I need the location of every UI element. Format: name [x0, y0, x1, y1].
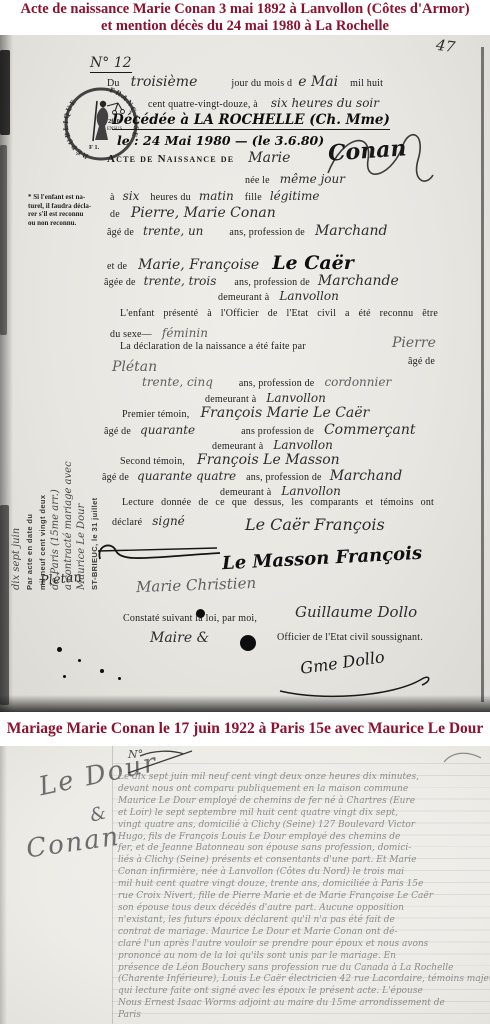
mention-line: Par acte en date du [23, 300, 36, 590]
margin-note-line: rer s'il est reconnu [28, 210, 91, 219]
screenshot-page: Acte de naissance Marie Conan 3 mai 1892… [0, 0, 490, 1024]
signature-le-caer: Le Caër François [245, 515, 385, 534]
act-row-year-hour: cent quatre-vingt-douze, à six heures du… [148, 94, 379, 112]
row-witness1: Premier témoin, François Marie Le Caër [122, 404, 369, 422]
handwritten-line: son épouse tous deux décédés d'autre par… [118, 903, 490, 915]
page-number: 47 [435, 36, 456, 56]
ink-blot [57, 647, 62, 652]
printed-text: âgé de [104, 426, 131, 437]
act-title-label: Acte de Naissance de [107, 153, 234, 165]
handwritten-line: mil huit cent quatre vingt douze, trente… [118, 879, 490, 891]
handwritten-line: claré l'un après l'autre vouloir se pren… [118, 939, 490, 951]
row-declaration: La déclaration de la naissance a été fai… [120, 341, 306, 352]
row-father: de Pierre, Marie Conan [110, 204, 276, 222]
row-officier: Officier de l'Etat civil soussignant. [277, 632, 423, 643]
row-sex: du sexe— féminin [110, 324, 208, 342]
ink-blot [118, 677, 121, 680]
handwritten-line: liés à Clichy (Seine) présents et consen… [118, 855, 490, 867]
stamp-arc-left: RÉPUBLIQUE [63, 97, 90, 161]
printed-margin-note: * Si l'enfant est na- turel, il faudra d… [28, 193, 91, 227]
mother-first-names: Marie, Françoise [138, 257, 259, 273]
printed-text: Premier témoin, [122, 409, 189, 420]
witness1-profession: Commerçant [324, 422, 416, 438]
handwritten-text: matin [199, 189, 234, 203]
scan-edge-left [0, 746, 7, 1024]
child-first-name: Marie [248, 150, 290, 166]
paraph-flourish-icon [440, 748, 485, 768]
handwritten-text: signé [152, 514, 185, 528]
handwritten-text: trente, cinq [142, 375, 213, 389]
residence-place: Lanvollon [281, 484, 340, 498]
svg-text:RÉPUBLIQUE: RÉPUBLIQUE [63, 97, 90, 161]
handwritten-line: prononcé au nom de la loi qu'ils sont un… [118, 951, 490, 963]
father-profession: Marchand [315, 223, 388, 239]
margin-rule [112, 746, 113, 1024]
margin-note-line: turel, il faudra décla- [28, 202, 91, 211]
handwritten-text: quarante [140, 423, 195, 437]
handwritten-line: Conan infirmière, née à Lanvollon (Côtes… [118, 867, 490, 879]
ink-blot [63, 675, 66, 678]
row-lecture: Lecture donnée de ce que dessus, les com… [122, 497, 434, 508]
mention-line: mil neuf cent vingt deux [36, 300, 49, 590]
officer-name: Guillaume Dollo [295, 603, 417, 621]
printed-text: ans, profession de [239, 378, 315, 389]
crossed-signature-flourish-icon [92, 535, 227, 567]
handwritten-text: quarante quatre [137, 469, 236, 483]
handwritten-text: même jour [280, 172, 345, 186]
signature-marie-christien: Marie Christien [136, 574, 257, 596]
margin-marriage-mention: dix sept juin Par acte en date du mil ne… [10, 300, 106, 590]
act-row-day: Du troisième jour du mois d e Mai mil hu… [107, 73, 383, 91]
handwritten-text: trente, trois [144, 274, 217, 288]
printed-text: née le [245, 175, 270, 186]
printed-text: Du [107, 78, 120, 89]
printed-text: ans, profession de [229, 227, 305, 238]
caption-marriage-title: Mariage Marie Conan le 17 juin 1922 à Pa… [7, 720, 484, 737]
maire-handwritten: Maire & [150, 630, 209, 646]
handwritten-line: qui lecture faite ont signé avec les épo… [118, 986, 490, 998]
signature-le-masson: Le Masson François [222, 543, 423, 574]
printed-text: âgée de [104, 277, 136, 288]
marriage-act-text: Le dix sept juin mil neuf cent vingt deu… [118, 772, 490, 1022]
margin-note-line: ou non reconnu. [28, 219, 91, 228]
handwritten-text: légitime [270, 189, 320, 203]
act-number: N° 12 [90, 55, 132, 73]
caption-birth-line1: Acte de naissance Marie Conan 3 mai 1892… [0, 1, 490, 18]
printed-text: fille [245, 192, 262, 203]
ink-blot [196, 609, 205, 618]
handwritten-line: et Loir) le sept septembre mil huit cent… [118, 808, 490, 820]
printed-text: mil huit [350, 78, 383, 89]
margin-bride-name: Conan [24, 822, 122, 865]
handwritten-line: Maurice Le Dour employé de chemins de fe… [118, 796, 490, 808]
margin-note-line: * Si l'enfant est na- [28, 193, 91, 202]
handwritten-line: Nous Ernest Isaac Worms adjoint au maire… [118, 998, 490, 1010]
handwritten-line: contrat de mariage. Maurice Le Dour et M… [118, 927, 490, 939]
row-father-age: âgé de trente, un ans, profession de Mar… [107, 222, 388, 240]
ink-blot [100, 669, 104, 673]
handwritten-line: présence de Léon Bouchery sans professio… [118, 963, 490, 975]
row-recognized: L'enfant présenté à l'Officier de l'Etat… [120, 308, 438, 319]
caption-marriage-act: Mariage Marie Conan le 17 juin 1922 à Pa… [0, 712, 490, 746]
handwritten-text: six [123, 189, 140, 203]
printed-text: à [110, 192, 115, 203]
birth-act-scan: 47 N° 12 RÉPUBLIQUE FRANÇAISE 2f10 ENSUS… [0, 35, 490, 712]
printed-text: jour du mois d [231, 78, 292, 89]
printed-text: et de [107, 261, 127, 272]
scan-edge-right [481, 47, 484, 702]
signature-flourish-icon [272, 671, 437, 701]
residence-place: Lanvollon [266, 391, 325, 405]
handwritten-text: troisième [131, 74, 198, 90]
row-born-hour: à six heures du matin fille légitime [110, 187, 319, 205]
row-born-same-day: née le même jour [245, 170, 345, 188]
scan-edge-dark [0, 505, 9, 705]
handwritten-line: (Charente Inférieure), Louis Le Caër éle… [118, 974, 490, 986]
printed-text: Second témoin, [120, 456, 185, 467]
mother-last-name: Le Caër [272, 252, 354, 274]
row-residence: demeurant à Lanvollon [218, 287, 339, 305]
handwritten-line: Paris [118, 1010, 490, 1022]
printed-age-de: âgé de [408, 356, 435, 367]
handwritten-line: devant nous ont comparu publiquement en … [118, 784, 490, 796]
father-name: Pierre, Marie Conan [131, 205, 276, 221]
printed-text: de [110, 209, 120, 220]
row-mother: et de Marie, Françoise Le Caër [107, 252, 354, 274]
residence-place: Lanvollon [273, 438, 332, 452]
handwritten-line: Hugo, fils de François Louis Le Dour emp… [118, 832, 490, 844]
residence-place: Lanvollon [279, 289, 338, 303]
handwritten-text: trente, un [143, 224, 203, 238]
mention-line: a contracté mariage avec [62, 300, 75, 590]
caption-birth-line2: et mention décès du 24 mai 1980 à La Roc… [0, 18, 490, 35]
handwritten-line: fer, et de Jeanne Batonneau son épouse s… [118, 843, 490, 855]
declarant-profession: cordonnier [324, 375, 391, 389]
caption-birth-act: Acte de naissance Marie Conan 3 mai 1892… [0, 0, 490, 36]
witness2-name: François Le Masson [197, 452, 340, 468]
witness1-name: François Marie Le Caër [200, 405, 369, 421]
mention-line: ST-BRIEUC, le 31 juillet [88, 300, 101, 590]
sex-value: féminin [162, 326, 208, 340]
handwritten-line: vingt quatre ans, domicilié à Clichy (Se… [118, 820, 490, 832]
printed-text: âgé de [102, 472, 129, 483]
handwritten-line: n'existant, les futurs époux déclarent q… [118, 915, 490, 927]
act-title-row: Acte de Naissance de Marie [107, 149, 290, 167]
row-declared: déclaré signé [112, 512, 185, 530]
printed-text: du sexe— [110, 329, 152, 340]
marriage-act-scan: Le Dour & Conan N° Le dix sept juin mil … [0, 746, 490, 1024]
death-mention-line2: le : 24 Mai 1980 — (le 3.6.80) [117, 133, 324, 148]
mention-line: dix sept juin [10, 300, 23, 590]
printed-text: cent quatre-vingt-douze, à [148, 99, 258, 110]
scan-edge-dark [0, 50, 10, 135]
handwritten-line: rue Croix Nivert, fille de Pierre Marie … [118, 891, 490, 903]
handwritten-line: Le dix sept juin mil neuf cent vingt deu… [118, 772, 490, 784]
mention-line: de Paris (15me arr.) [49, 300, 62, 590]
printed-text: heures du [150, 192, 190, 203]
row-constate: Constaté suivant la loi, par moi, [123, 613, 257, 624]
ink-blot [78, 659, 81, 662]
mention-line: Maurice Le Dour [75, 300, 88, 590]
child-last-name: Conan [327, 135, 407, 166]
printed-text: demeurant à [218, 292, 269, 303]
stamp-f1: F 1. [89, 144, 100, 151]
declarant-first-name: Pierre [392, 335, 436, 351]
ink-blot [240, 635, 256, 651]
scan-edge-dark [0, 145, 7, 335]
handwritten-text: e Mai [298, 74, 338, 90]
printed-text: âgé de [107, 227, 134, 238]
handwritten-text: six heures du soir [271, 96, 379, 110]
printed-text: déclaré [112, 517, 142, 528]
